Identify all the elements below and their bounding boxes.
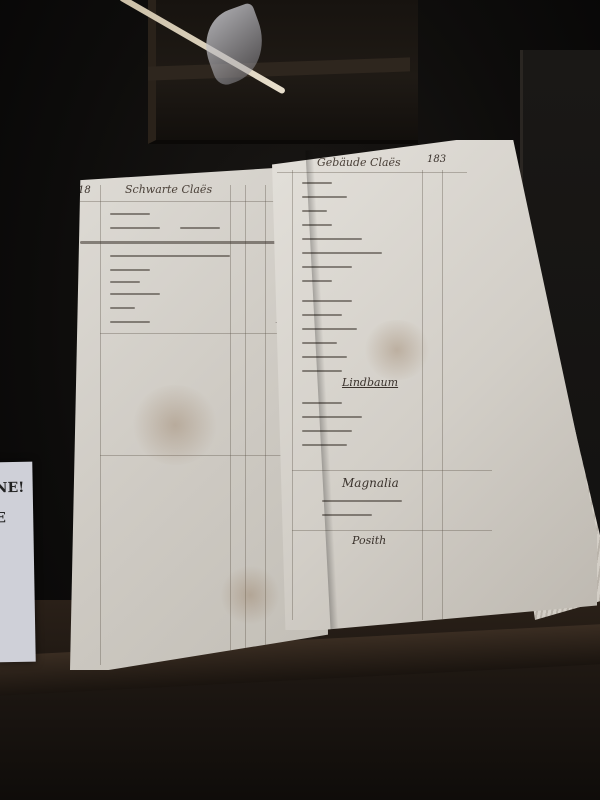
info-sign: NE! E: [0, 462, 36, 663]
left-page-heading: Schwarte Claës: [125, 183, 212, 196]
entry-magnalia: Magnalia: [342, 476, 399, 490]
sign-text-line1: NE!: [0, 480, 24, 497]
right-page-heading: Gebäude Claës: [317, 156, 401, 169]
sign-text-line2: E: [0, 510, 6, 526]
right-year-marker: 183: [427, 154, 446, 165]
entry-posith: Posith: [352, 534, 386, 547]
